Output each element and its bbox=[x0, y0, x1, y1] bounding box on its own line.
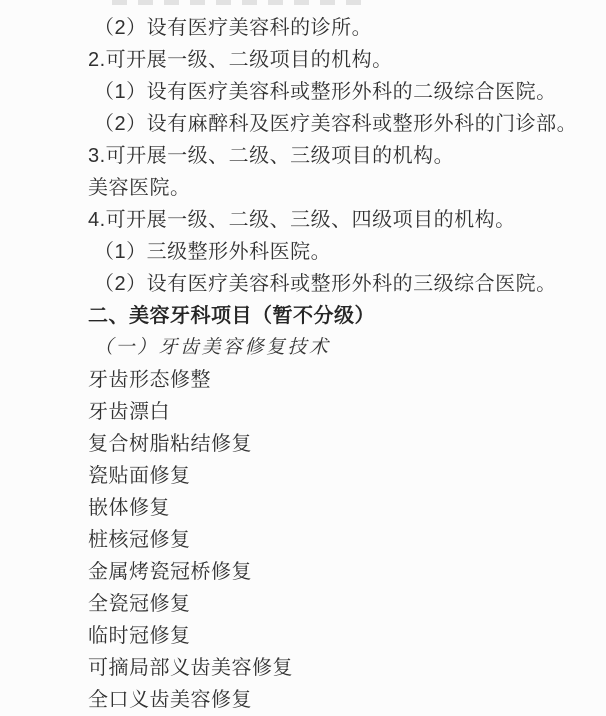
doc-line-text: 桩核冠修复 bbox=[88, 524, 606, 556]
subsection-heading: （一）牙齿美容修复技术 bbox=[88, 332, 606, 364]
doc-line-item: （1）设有医疗美容科或整形外科的二级综合医院。 bbox=[88, 76, 606, 108]
doc-line-item: （2）设有医疗美容科的诊所。 bbox=[88, 12, 606, 44]
doc-line-text: 可摘局部义齿美容修复 bbox=[88, 652, 606, 684]
doc-line-text: 牙齿形态修整 bbox=[88, 364, 606, 396]
doc-line-text: 临时冠修复 bbox=[88, 620, 606, 652]
doc-line-text: 全口义齿美容修复 bbox=[88, 684, 606, 716]
doc-line-numbered: 3.可开展一级、二级、三级项目的机构。 bbox=[88, 140, 606, 172]
doc-line-text: 复合树脂粘结修复 bbox=[88, 428, 606, 460]
doc-line-item: （1）三级整形外科医院。 bbox=[88, 236, 606, 268]
doc-line-text: 瓷贴面修复 bbox=[88, 460, 606, 492]
doc-line-text: 美容医院。 bbox=[88, 172, 606, 204]
doc-line-item: （2）设有麻醉科及医疗美容科或整形外科的门诊部。 bbox=[88, 108, 606, 140]
doc-line-numbered: 2.可开展一级、二级项目的机构。 bbox=[88, 44, 606, 76]
doc-line-text: 嵌体修复 bbox=[88, 492, 606, 524]
section-heading: 二、美容牙科项目（暂不分级） bbox=[88, 300, 606, 332]
document-body: （2）设有医疗美容科的诊所。 2.可开展一级、二级项目的机构。 （1）设有医疗美… bbox=[88, 12, 606, 716]
doc-line-text: 全瓷冠修复 bbox=[88, 588, 606, 620]
doc-line-text: 牙齿漂白 bbox=[88, 396, 606, 428]
doc-line-numbered: 4.可开展一级、二级、三级、四级项目的机构。 bbox=[88, 204, 606, 236]
doc-line-item: （2）设有医疗美容科或整形外科的三级综合医院。 bbox=[88, 268, 606, 300]
doc-line-text: 金属烤瓷冠桥修复 bbox=[88, 556, 606, 588]
clipped-text-line-top bbox=[112, 0, 372, 5]
